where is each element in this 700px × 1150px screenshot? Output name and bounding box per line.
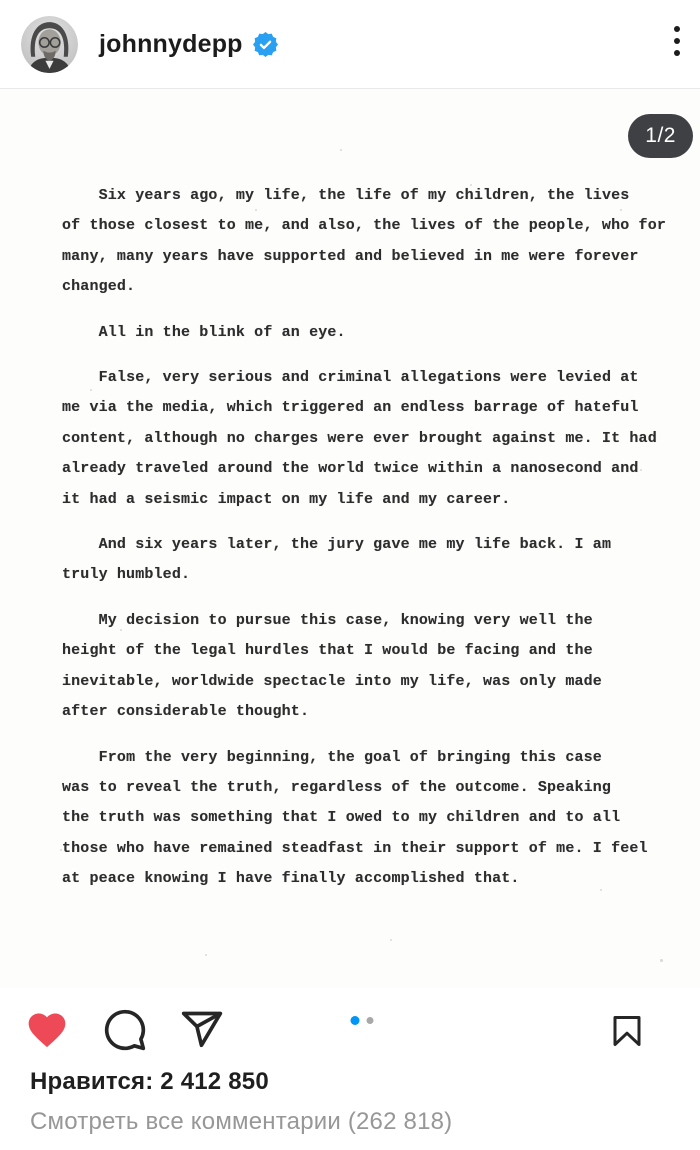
letter-paragraph: My decision to pursue this case, knowing…	[62, 606, 676, 728]
carousel-dot-active	[351, 1016, 360, 1025]
letter-paragraph: False, very serious and criminal allegat…	[62, 363, 676, 515]
letter-paragraph: Six years ago, my life, the life of my c…	[62, 181, 676, 303]
carousel-dots	[351, 1016, 374, 1025]
username[interactable]: johnnydepp	[99, 30, 243, 59]
avatar[interactable]	[21, 16, 78, 73]
comment-button-icon[interactable]	[103, 1008, 147, 1052]
letter-paragraph: And six years later, the jury gave me my…	[62, 530, 676, 591]
likes-count[interactable]: Нравится: 2 412 850	[0, 1058, 700, 1096]
carousel-page-indicator: 1/2	[628, 114, 693, 158]
action-bar	[0, 988, 700, 1058]
letter-text: Six years ago, my life, the life of my c…	[62, 181, 676, 910]
save-button-bookmark-icon[interactable]	[609, 1008, 645, 1054]
post-media[interactable]: 1/2 Six years ago, my life, the life of …	[0, 88, 700, 988]
post-header: johnnydepp	[0, 0, 700, 88]
more-options-icon[interactable]	[660, 17, 694, 65]
carousel-dot-inactive	[367, 1017, 374, 1024]
verified-badge-icon	[253, 32, 278, 57]
view-all-comments-link[interactable]: Смотреть все комментарии (262 818)	[0, 1096, 700, 1136]
letter-paragraph: All in the blink of an eye.	[62, 318, 676, 348]
letter-paragraph: From the very beginning, the goal of bri…	[62, 743, 676, 895]
avatar-image	[21, 16, 78, 73]
share-button-icon[interactable]	[180, 1008, 224, 1052]
like-button-heart-icon[interactable]	[24, 1008, 70, 1052]
instagram-post: johnnydepp 1/2 Six years ago, my life, t…	[0, 0, 700, 1150]
